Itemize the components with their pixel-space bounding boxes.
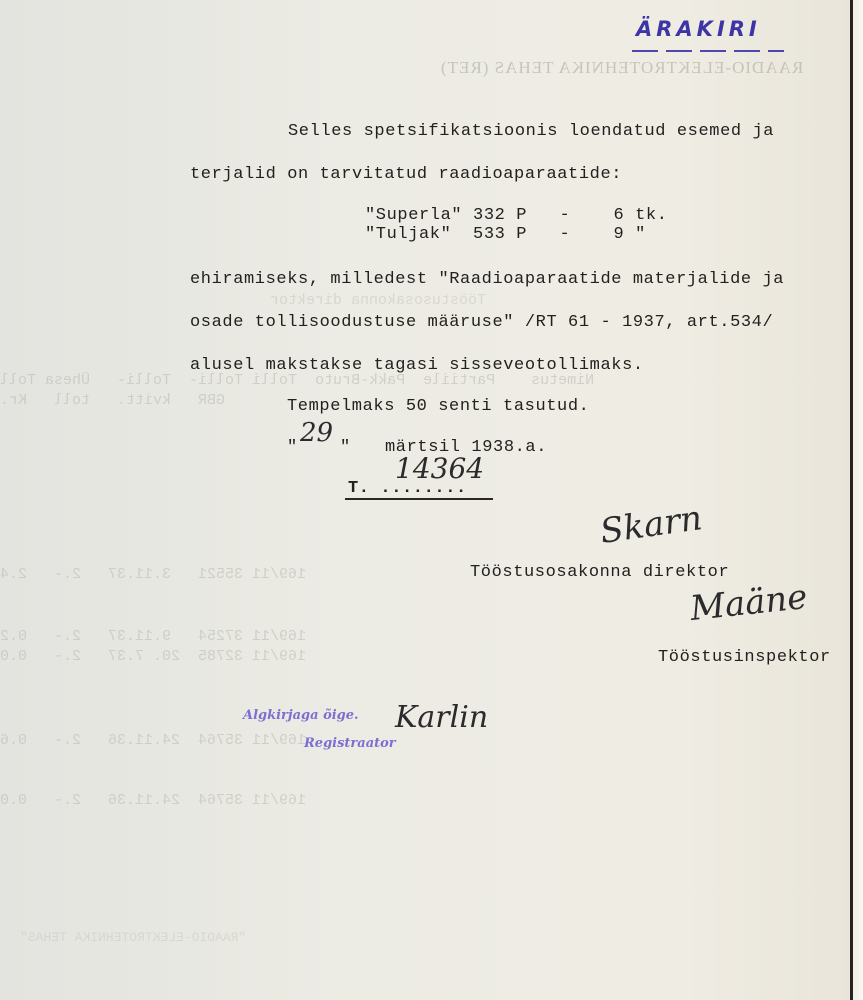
bleed-through-row: 169/11 37254 9.11.37 2.- 0.2 (0, 628, 306, 645)
item-dash: - (559, 225, 570, 244)
item-model: 533 P (473, 225, 527, 244)
item-tuljak: "Tuljak" 533 P - 9 " (365, 225, 646, 244)
copy-stamp: ÄRAKIRI (636, 17, 761, 41)
director-title: Tööstusosakonna direktor (470, 563, 729, 582)
inspector-title: Tööstusinspektor (658, 648, 831, 667)
body-line-4: osade tollisoodustuse määruse" /RT 61 - … (190, 313, 773, 332)
bleed-through-line: Tööstusosakonna direktor (270, 292, 486, 309)
certification-stamp-line-2: Registraator (304, 736, 396, 751)
item-dash: - (559, 206, 570, 225)
registrar-signature: Karlin (395, 700, 488, 735)
item-superla: "Superla" 332 P - 6 tk. (365, 206, 668, 225)
bleed-through-stamp: "RAADIO-ELEKTROTEHNIKA TEHAS" (20, 930, 246, 945)
date-day-handwritten: 29 (300, 418, 333, 448)
date-open-quote: " (287, 438, 298, 457)
letterhead-bleed-through: RAADIO-ELEKTROTEHNIKA TEHAS (RET) (440, 58, 803, 78)
bleed-through-row: 169/11 35764 24.11.36 2.- 0.6 (0, 732, 306, 749)
date-close-quote: " (340, 438, 351, 457)
t-number-underline (345, 498, 493, 500)
underlying-page (853, 0, 863, 1000)
item-qty: 6 tk. (613, 206, 667, 225)
bleed-through-row: 169/11 35764 24.11.36 2.- 0.0 (0, 792, 306, 809)
stamp-duty-line: Tempelmaks 50 senti tasutud. (287, 397, 589, 416)
item-name: "Superla" (365, 206, 462, 225)
item-name: "Tuljak" (365, 225, 451, 244)
document-page (0, 0, 852, 1000)
item-qty: 9 " (613, 225, 645, 244)
body-line-1: Selles spetsifikatsioonis loendatud esem… (288, 122, 774, 141)
t-number-label: T. ........ (348, 479, 467, 498)
item-model: 332 P (473, 206, 527, 225)
certification-stamp-line-1: Algkirjaga õige. (243, 708, 359, 723)
bleed-through-row: 169/11 32785 20. 7.37 2.- 0.0 (0, 648, 306, 665)
body-line-2: terjalid on tarvitatud raadioaparaatide: (190, 165, 622, 184)
body-line-5: alusel makstakse tagasi sisseveotollimak… (190, 356, 644, 375)
body-line-3: ehiramiseks, milledest "Raadioaparaatide… (190, 270, 784, 289)
bleed-through-row: 169/11 35521 3.11.37 2.- 2.4 (0, 566, 306, 583)
copy-stamp-underline (632, 50, 784, 52)
